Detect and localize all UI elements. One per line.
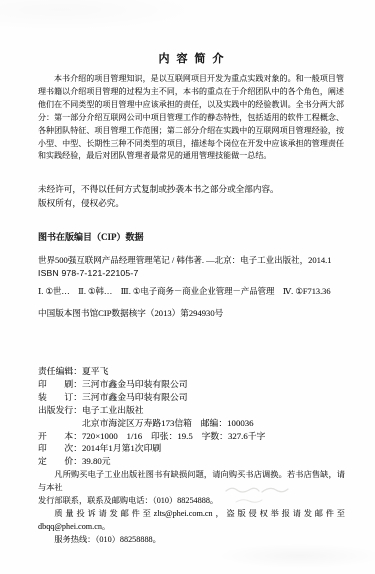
pub-row-print-run: 印 次：2014年1月第1次印刷 [38,442,351,455]
cip-heading: 图书在版编目（CIP）数据 [38,231,347,244]
pub-label: 出版发行： [38,404,82,417]
pub-label: 印 刷： [38,378,82,391]
pub-row-editor: 责任编辑：夏平飞 [38,365,351,378]
pub-row-binder: 装 订：三河市鑫金马印装有限公司 [38,391,351,404]
cip-isbn: ISBN 978-7-121-22105-7 [38,267,347,280]
pencil-scribble-mark [222,483,312,507]
pub-value: 三河市鑫金马印装有限公司 [82,379,188,389]
pub-label: 定 价： [38,455,82,468]
pub-label: 开 本： [38,430,82,443]
pub-row-price: 定 价：39.80元 [38,455,351,468]
pub-label: 装 订： [38,391,82,404]
pub-value: 电子工业出版社 [82,405,144,415]
pub-value: 2014年1月第1次印刷 [82,443,161,453]
pub-value: 39.80元 [82,456,111,466]
pub-row-publisher: 出版发行：电子工业出版社 [38,404,351,417]
purchase-notice-line: 质量投诉请发邮件至zlts@phei.com.cn，盗版侵权举报请发邮件至dbq… [38,508,345,534]
copyright-notice-line: 未经许可，不得以任何方式复制或抄袭本书之部分或全部内容。 [38,183,344,197]
content-summary-section: 内容简介 本书介绍的项目管理知识，是以互联网项目开发为重点实践对象的。和一般项目… [38,50,344,163]
pub-row-printer: 印 刷：三河市鑫金马印装有限公司 [38,378,351,391]
copyright-notice-line: 版权所有，侵权必究。 [38,197,344,211]
pub-value: 三河市鑫金马印装有限公司 [82,392,188,402]
purchase-notice-line: 服务热线：（010）88258888。 [38,534,345,547]
cip-registry-number: 中国版本图书馆CIP数据核字（2013）第294930号 [38,307,347,320]
cip-classification: Ⅰ. ①世… Ⅱ. ①韩… Ⅲ. ①电子商务－商业企业管理－产品管理 Ⅳ. ①F… [38,285,347,298]
book-copyright-page: 内容简介 本书介绍的项目管理知识，是以互联网项目开发为重点实践对象的。和一般项目… [0,0,375,574]
publication-info-section: 责任编辑：夏平飞 印 刷：三河市鑫金马印装有限公司 装 订：三河市鑫金马印装有限… [38,365,351,468]
pub-row-format: 开 本：720×1000 1/16 印张：19.5 字数：327.6千字 [38,430,351,443]
content-summary-title: 内容简介 [38,50,344,66]
pub-value: 夏平飞 [82,366,108,376]
cip-book-title-line: 世界500强互联网产品经理管理笔记 / 韩伟著. —北京：电子工业出版社，201… [38,254,347,267]
pub-row-address: 北京市海淀区万寿路173信箱 邮编：100036 [38,417,351,430]
purchase-notice-section: 凡所购买电子工业出版社图书有缺损问题，请向购买书店调换。若书店售缺，请与本社 发… [38,469,345,546]
content-summary-paragraph: 本书介绍的项目管理知识，是以互联网项目开发为重点实践对象的。和一般项目管理书籍以… [38,73,344,163]
copyright-notice-section: 未经许可，不得以任何方式复制或抄袭本书之部分或全部内容。 版权所有，侵权必究。 [38,183,344,210]
pub-value: 北京市海淀区万寿路173信箱 邮编：100036 [82,418,254,428]
pub-value: 720×1000 1/16 印张：19.5 字数：327.6千字 [82,431,265,441]
cip-data-section: 图书在版编目（CIP）数据 世界500强互联网产品经理管理笔记 / 韩伟著. —… [38,231,347,320]
pub-label: 印 次： [38,442,82,455]
pub-label: 责任编辑： [38,365,82,378]
